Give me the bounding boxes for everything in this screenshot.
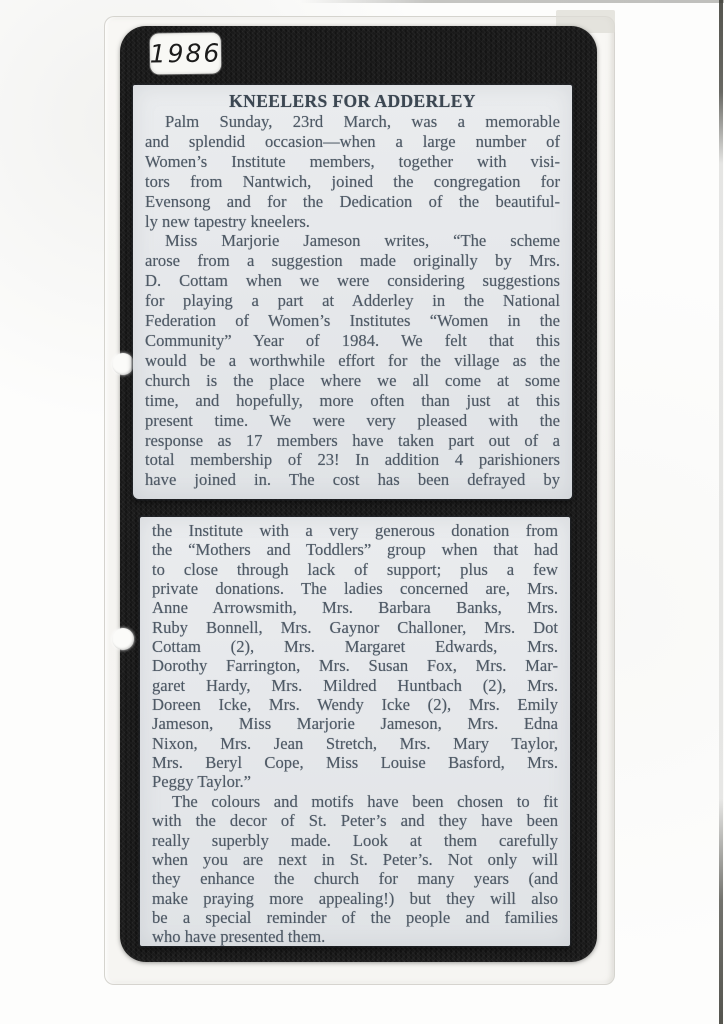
text-line: with the decor of St. Peter’s and they h… [152, 811, 558, 830]
clipping-body: Palm Sunday, 23rd March, was a memorable… [145, 112, 560, 490]
text-line: be a special reminder of the people and … [152, 908, 558, 927]
text-line: Dorothy Farrington, Mrs. Susan Fox, Mrs.… [152, 656, 558, 675]
text-line: ly new tapestry kneelers. [145, 212, 560, 232]
text-line: Jameson, Miss Marjorie Jameson, Mrs. Edn… [152, 714, 558, 733]
text-line: Federation of Women’s Institutes “Women … [145, 311, 560, 331]
hole-punch-bottom [112, 628, 134, 650]
text-line: have joined in. The cost has been defray… [145, 470, 560, 490]
text-line: garet Hardy, Mrs. Mildred Huntbach (2), … [152, 676, 558, 695]
text-line: Mrs. Beryl Cope, Miss Louise Basford, Mr… [152, 753, 558, 772]
text-line: Community” Year of 1984. We felt that th… [145, 331, 560, 351]
text-line: would be a worthwhile effort for the vil… [145, 351, 560, 371]
text-line: total membership of 23! In addition 4 pa… [145, 450, 560, 470]
text-line: Anne Arrowsmith, Mrs. Barbara Banks, Mrs… [152, 598, 558, 617]
clipping-body: the Institute with a very generous donat… [152, 521, 558, 946]
text-line: to close through lack of support; plus a… [152, 560, 558, 579]
text-line: Women’s Institute members, together with… [145, 152, 560, 172]
text-line: make praying more appealing!) but they w… [152, 889, 558, 908]
text-line: when you are next in St. Peter’s. Not on… [152, 850, 558, 869]
text-line: Ruby Bonnell, Mrs. Gaynor Challoner, Mrs… [152, 618, 558, 637]
scanned-scrapbook-page: 1986 KNEELERS FOR ADDERLEY Palm Sunday, … [0, 0, 724, 1024]
newspaper-clipping-top: KNEELERS FOR ADDERLEY Palm Sunday, 23rd … [133, 85, 572, 499]
text-line: time, and hopefully, more often than jus… [145, 391, 560, 411]
text-line: tors from Nantwich, joined the congregat… [145, 172, 560, 192]
year-label-text: 1986 [149, 39, 221, 69]
clipping-headline: KNEELERS FOR ADDERLEY [145, 90, 560, 112]
scan-right-edge-shadow [719, 0, 723, 1024]
text-line: arose from a suggestion made originally … [145, 251, 560, 271]
text-line: really superbly made. Look at them caref… [152, 831, 558, 850]
year-label: 1986 [150, 33, 222, 75]
text-line: Doreen Icke, Mrs. Wendy Icke (2), Mrs. E… [152, 695, 558, 714]
text-line: D. Cottam when we were considering sugge… [145, 271, 560, 291]
text-line: the “Mothers and Toddlers” group when th… [152, 540, 558, 559]
text-line: The colours and motifs have been chosen … [152, 792, 558, 811]
text-line: and splendid occasion—when a large numbe… [145, 132, 560, 152]
text-line: Nixon, Mrs. Jean Stretch, Mrs. Mary Tayl… [152, 734, 558, 753]
newspaper-clipping-bottom: the Institute with a very generous donat… [140, 517, 570, 946]
text-line: Peggy Taylor.” [152, 772, 558, 791]
text-line: private donations. The ladies concerned … [152, 579, 558, 598]
text-line: Cottam (2), Mrs. Margaret Edwards, Mrs. [152, 637, 558, 656]
text-line: for playing a part at Adderley in the Na… [145, 291, 560, 311]
text-line: Evensong and for the Dedication of the b… [145, 192, 560, 212]
scan-top-edge-shadow [300, 0, 724, 3]
text-line: Palm Sunday, 23rd March, was a memorable [145, 112, 560, 132]
text-line: church is the place where we all come at… [145, 371, 560, 391]
text-line: they enhance the church for many years (… [152, 869, 558, 888]
text-line: present time. We were very pleased with … [145, 411, 560, 431]
text-line: the Institute with a very generous donat… [152, 521, 558, 540]
text-line: who have presented them. [152, 927, 558, 946]
text-line: response as 17 members have taken part o… [145, 431, 560, 451]
hole-punch-top [112, 353, 134, 375]
text-line: Miss Marjorie Jameson writes, “The schem… [145, 231, 560, 251]
